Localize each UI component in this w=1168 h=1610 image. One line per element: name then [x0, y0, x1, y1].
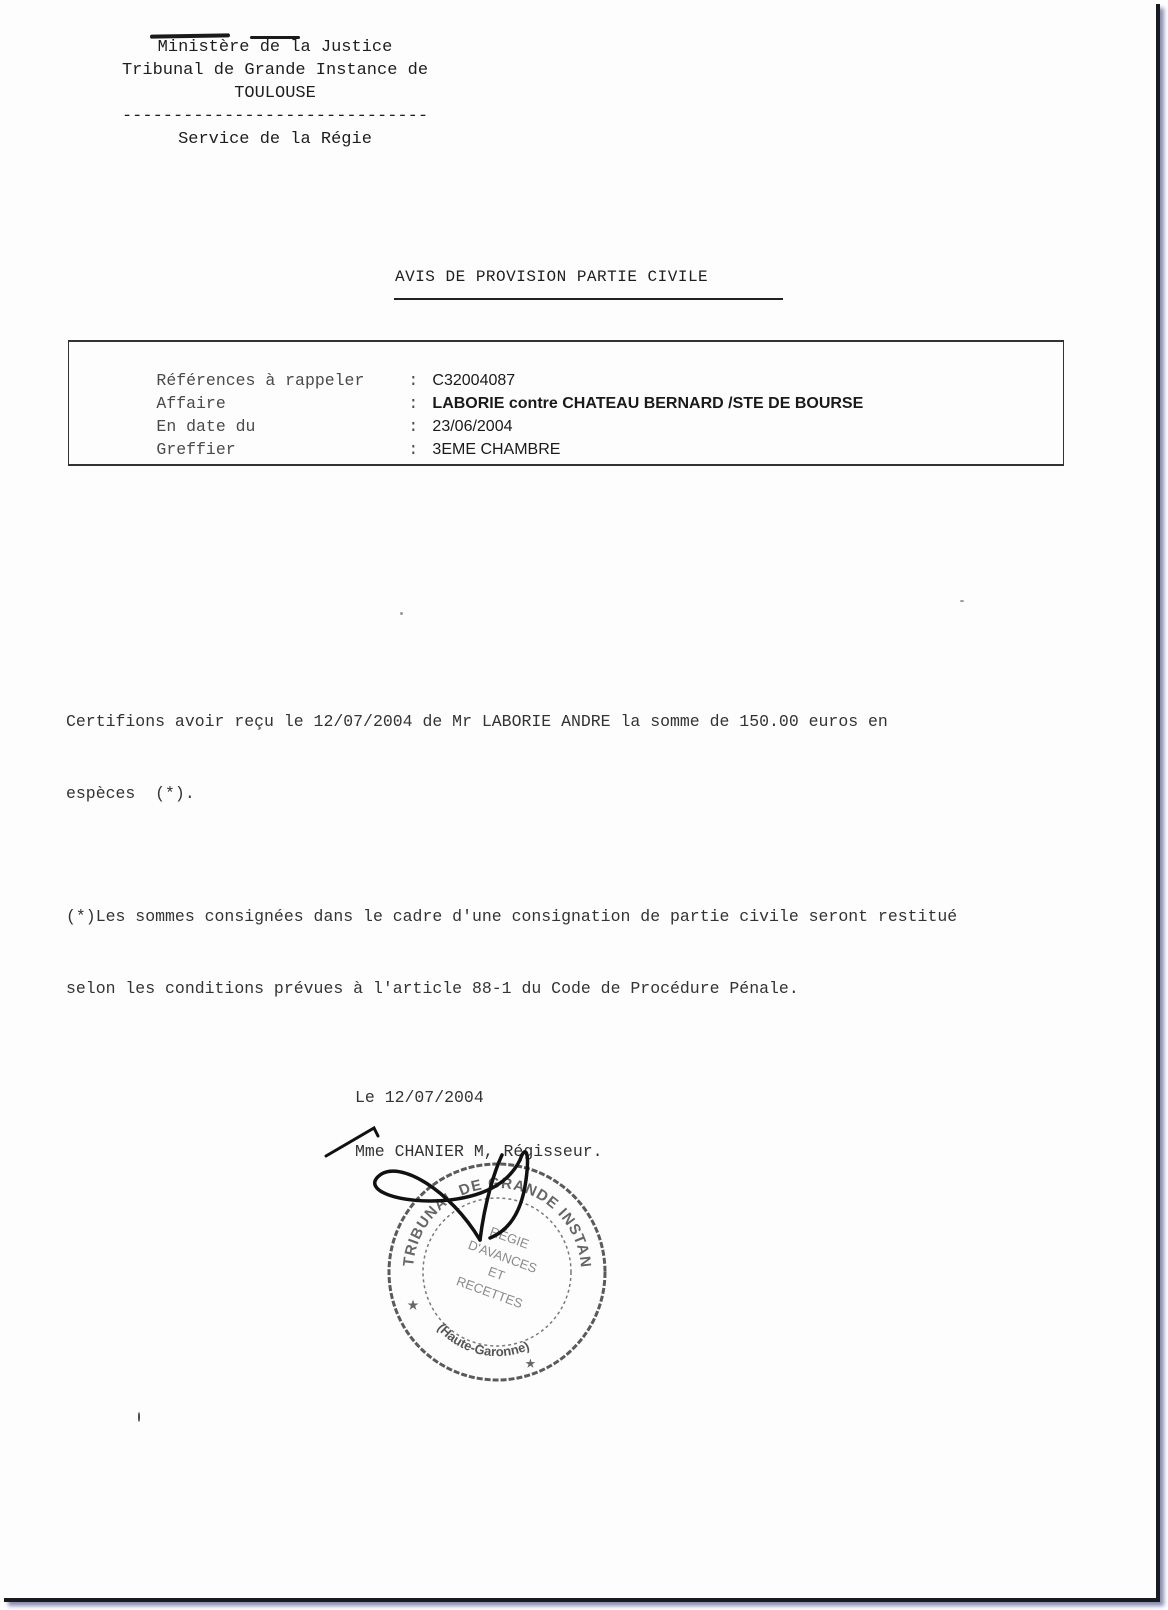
issuer-header: Ministère de la Justice Tribunal de Gran… [90, 36, 460, 151]
header-divider: ------------------------------ [90, 105, 460, 128]
footnote-text: (*)Les sommes consignées dans le cadre d… [66, 857, 957, 1049]
scan-speck [138, 1412, 140, 1422]
svg-text:★: ★ [407, 1294, 419, 1317]
svg-text:(Haute-Garonne): (Haute-Garonne) [435, 1320, 532, 1359]
document-page: Ministère de la Justice Tribunal de Gran… [0, 0, 1156, 1598]
reference-box: Références à rappeler:C32004087 Affaire:… [68, 340, 1064, 466]
document-title: AVIS DE PROVISION PARTIE CIVILE [395, 268, 708, 286]
reference-row: Références à rappeler:C32004087 [97, 352, 515, 375]
greffier-value: 3EME CHAMBRE [432, 441, 560, 458]
affaire-row: Affaire:LABORIE contre CHATEAU BERNARD /… [97, 375, 863, 398]
scan-speck [960, 600, 964, 602]
svg-text:★: ★ [525, 1354, 536, 1374]
certification-text: Certifions avoir reçu le 12/07/2004 de M… [66, 662, 888, 854]
greffier-row: Greffier:3EME CHAMBRE [97, 421, 560, 444]
svg-text:RECETTES: RECETTES [455, 1273, 526, 1311]
handwritten-signature-icon [320, 1120, 620, 1270]
ministry-name: Ministère de la Justice [90, 36, 460, 59]
tribunal-city: TOULOUSE [90, 82, 460, 105]
service-name: Service de la Régie [90, 128, 460, 151]
title-underline [394, 298, 783, 300]
tribunal-name: Tribunal de Grande Instance de [90, 59, 460, 82]
signature-date: Le 12/07/2004 [355, 1088, 484, 1107]
scan-speck [400, 612, 403, 615]
greffier-label: Greffier [156, 440, 408, 459]
date-row: En date du:23/06/2004 [97, 398, 513, 421]
